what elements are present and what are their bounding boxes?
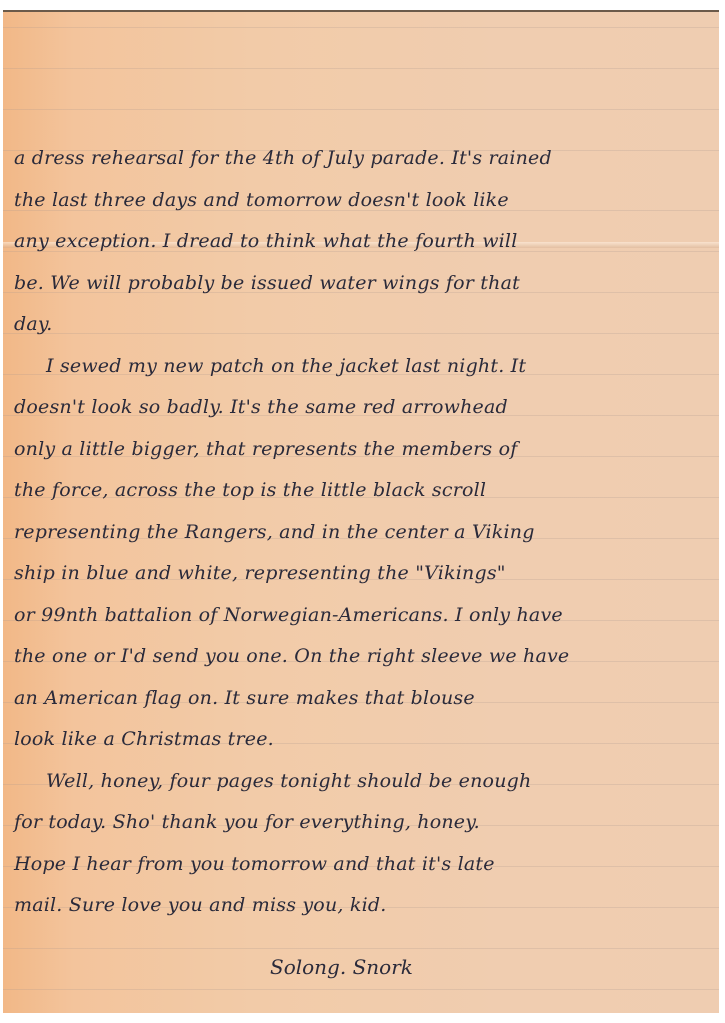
letter-line: a dress rehearsal for the 4th of July pa… bbox=[14, 138, 714, 180]
letter-line: an American flag on. It sure makes that … bbox=[14, 678, 714, 720]
letter-line: the force, across the top is the little … bbox=[14, 470, 714, 512]
letter-line: ship in blue and white, representing the… bbox=[14, 553, 714, 595]
letter-line: Hope I hear from you tomorrow and that i… bbox=[14, 844, 714, 886]
letter-line: for today. Sho' thank you for everything… bbox=[14, 802, 714, 844]
letter-line: doesn't look so badly. It's the same red… bbox=[14, 387, 714, 429]
letter-body: a dress rehearsal for the 4th of July pa… bbox=[14, 138, 714, 927]
letter-line: only a little bigger, that represents th… bbox=[14, 429, 714, 471]
letter-line: or 99nth battalion of Norwegian-American… bbox=[14, 595, 714, 637]
letter-line: be. We will probably be issued water win… bbox=[14, 263, 714, 305]
letter-line: day. bbox=[14, 304, 714, 346]
letter-line: I sewed my new patch on the jacket last … bbox=[14, 346, 714, 388]
signature: Solong. Snork bbox=[270, 955, 413, 979]
letter-line: look like a Christmas tree. bbox=[14, 719, 714, 761]
letter-line: the last three days and tomorrow doesn't… bbox=[14, 180, 714, 222]
letter-line: mail. Sure love you and miss you, kid. bbox=[14, 885, 714, 927]
letter-line: any exception. I dread to think what the… bbox=[14, 221, 714, 263]
letter-line: the one or I'd send you one. On the righ… bbox=[14, 636, 714, 678]
letter-line: representing the Rangers, and in the cen… bbox=[14, 512, 714, 554]
letter-line: Well, honey, four pages tonight should b… bbox=[14, 761, 714, 803]
